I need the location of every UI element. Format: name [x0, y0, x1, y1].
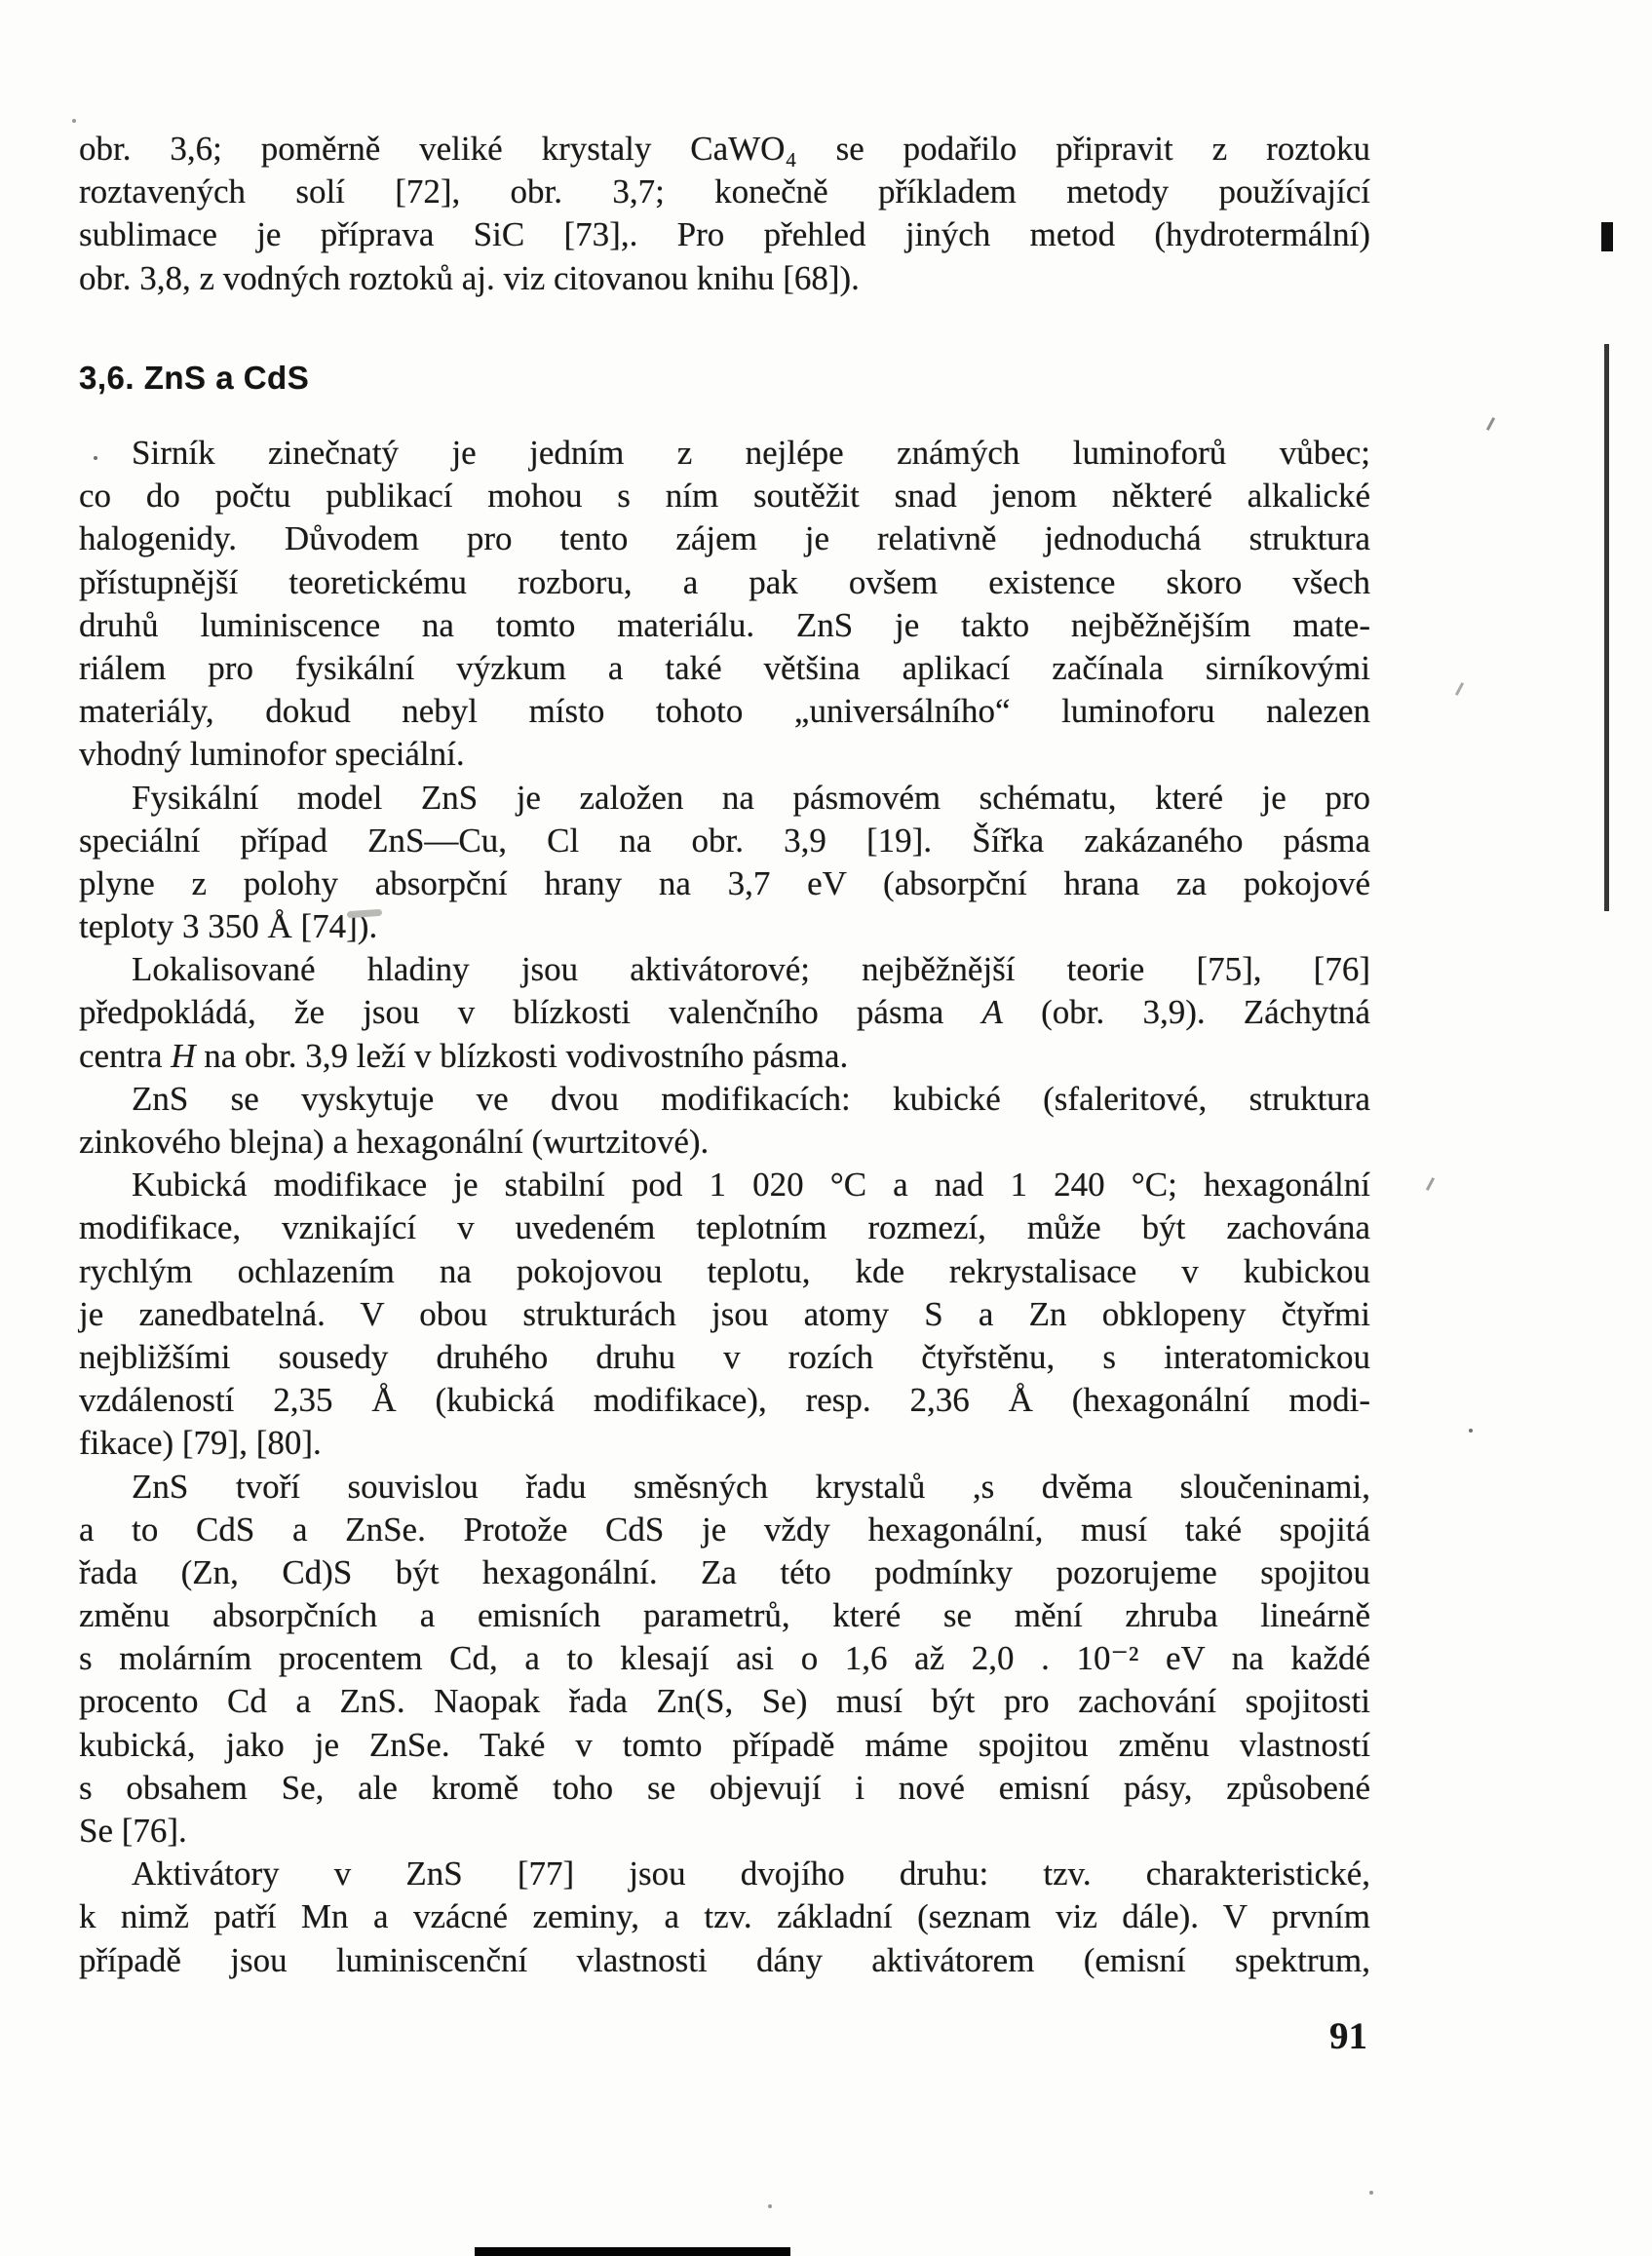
scan-speck: [1455, 682, 1464, 696]
page-number: 91: [1329, 2015, 1367, 2058]
text-line: Kubická modifikace je stabilní pod 1 020…: [79, 1164, 1370, 1206]
scan-speck: [1486, 417, 1495, 431]
paragraph: Aktivátory v ZnS [77] jsou dvojího druhu…: [79, 1853, 1370, 1982]
text-line: materiály, dokud nebyl místo tohoto „uni…: [79, 690, 1370, 733]
scan-speck: [72, 119, 76, 123]
text-line: vzdáleností 2,35 Å (kubická modifikace),…: [79, 1379, 1370, 1422]
text-fragment: (obr. 3,9). Záchytná: [1003, 993, 1370, 1031]
scan-artifact-bottom-bar: [475, 2247, 790, 2256]
paragraph: Kubická modifikace je stabilní pod 1 020…: [79, 1164, 1370, 1465]
variable-A: A: [982, 993, 1003, 1031]
text-line: změnu absorpčních a emisních parametrů, …: [79, 1594, 1370, 1637]
variable-H: H: [171, 1037, 195, 1075]
text-line: obr. 3,6; poměrně veliké krystaly CaWO₄ …: [79, 128, 1370, 171]
text-line: Fysikální model ZnS je založen na pásmov…: [79, 777, 1370, 820]
text-line: případě jsou luminiscenční vlastnosti dá…: [79, 1939, 1370, 1982]
paragraph: Sirník zinečnatý je jedním z nejlépe zná…: [79, 432, 1370, 777]
paragraph: Lokalisované hladiny jsou aktivátorové; …: [79, 948, 1370, 1078]
text-line: nejbližšími sousedy druhého druhu v rozí…: [79, 1336, 1370, 1379]
book-page: obr. 3,6; poměrně veliké krystaly CaWO₄ …: [0, 0, 1652, 2256]
text-line: speciální případ ZnS—Cu, Cl na obr. 3,9 …: [79, 820, 1370, 862]
text-line: teploty 3 350 Å [74]).: [79, 905, 1370, 948]
text-line: centra H na obr. 3,9 leží v blízkosti vo…: [79, 1035, 1370, 1078]
scan-speck: [1369, 2191, 1373, 2195]
scan-speck: [1426, 1177, 1435, 1191]
text-line: procento Cd a ZnS. Naopak řada Zn(S, Se)…: [79, 1680, 1370, 1723]
text-line: ZnS se vyskytuje ve dvou modifikacích: k…: [79, 1078, 1370, 1121]
text-line: plyne z polohy absorpční hrany na 3,7 eV…: [79, 862, 1370, 905]
text-fragment: předpokládá, že jsou v blízkosti valenčn…: [79, 993, 982, 1031]
text-line: je zanedbatelná. V obou strukturách jsou…: [79, 1293, 1370, 1336]
text-line: Aktivátory v ZnS [77] jsou dvojího druhu…: [79, 1853, 1370, 1895]
scan-artifact-edge-line: [1604, 344, 1609, 911]
text-line: riálem pro fysikální výzkum a také větši…: [79, 647, 1370, 690]
text-line: rychlým ochlazením na pokojovou teplotu,…: [79, 1250, 1370, 1293]
paragraph: ZnS se vyskytuje ve dvou modifikacích: k…: [79, 1078, 1370, 1164]
scan-speck: [94, 456, 97, 460]
paragraph: obr. 3,6; poměrně veliké krystaly CaWO₄ …: [79, 128, 1370, 300]
text-line: obr. 3,8, z vodných roztoků aj. viz cito…: [79, 257, 1370, 300]
text-line: k nimž patří Mn a vzácné zeminy, a tzv. …: [79, 1895, 1370, 1938]
scan-artifact-edge-dash: [1601, 222, 1613, 251]
text-line: Se [76].: [79, 1810, 1370, 1853]
text-fragment: centra: [79, 1037, 171, 1075]
text-line: Sirník zinečnatý je jedním z nejlépe zná…: [79, 432, 1370, 475]
text-line: vhodný luminofor speciální.: [79, 733, 1370, 776]
scan-speck: [768, 2204, 772, 2208]
text-line: předpokládá, že jsou v blízkosti valenčn…: [79, 991, 1370, 1034]
text-line: sublimace je příprava SiC [73],. Pro pře…: [79, 213, 1370, 256]
text-line: co do počtu publikací mohou s ním soutěž…: [79, 475, 1370, 517]
paragraph: Fysikální model ZnS je založen na pásmov…: [79, 777, 1370, 949]
page-content-main: Sirník zinečnatý je jedním z nejlépe zná…: [79, 432, 1370, 1982]
page-content-top: obr. 3,6; poměrně veliké krystaly CaWO₄ …: [79, 128, 1370, 300]
text-line: přístupnější teoretickému rozboru, a pak…: [79, 561, 1370, 604]
text-line: modifikace, vznikající v uvedeném teplot…: [79, 1206, 1370, 1249]
text-line: zinkového blejna) a hexagonální (wurtzit…: [79, 1121, 1370, 1164]
paragraph: ZnS tvoří souvislou řadu směsných krysta…: [79, 1466, 1370, 1854]
text-line: druhů luminiscence na tomto materiálu. Z…: [79, 604, 1370, 647]
text-line: Lokalisované hladiny jsou aktivátorové; …: [79, 948, 1370, 991]
text-line: halogenidy. Důvodem pro tento zájem je r…: [79, 517, 1370, 560]
section-heading: 3,6. ZnS a CdS: [79, 357, 309, 400]
text-line: roztavených solí [72], obr. 3,7; konečně…: [79, 171, 1370, 213]
text-line: a to CdS a ZnSe. Protože CdS je vždy hex…: [79, 1509, 1370, 1551]
text-line: s molárním procentem Cd, a to klesají as…: [79, 1637, 1370, 1680]
text-line: řada (Zn, Cd)S být hexagonální. Za této …: [79, 1551, 1370, 1594]
text-fragment: na obr. 3,9 leží v blízkosti vodivostníh…: [196, 1037, 849, 1075]
text-line: ZnS tvoří souvislou řadu směsných krysta…: [79, 1466, 1370, 1509]
text-line: fikace) [79], [80].: [79, 1422, 1370, 1465]
text-line: s obsahem Se, ale kromě toho se objevují…: [79, 1767, 1370, 1810]
text-line: kubická, jako je ZnSe. Také v tomto příp…: [79, 1724, 1370, 1767]
scan-speck: [1469, 1429, 1473, 1433]
